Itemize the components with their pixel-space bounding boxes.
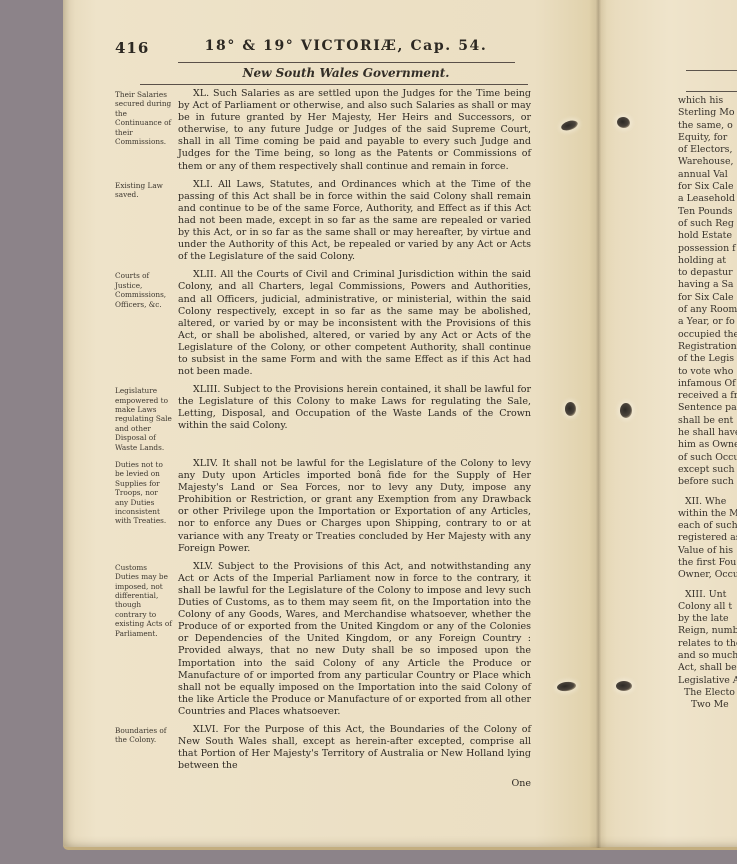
sidenote: Existing Law saved. [115, 179, 173, 264]
facing-text-line: occupied the [678, 329, 737, 341]
facing-line-gap [678, 489, 737, 496]
section-text: XL. Such Salaries as are settled upon th… [178, 88, 531, 173]
facing-text-line: of such Occu [678, 452, 737, 464]
facing-text-line: Ten Pounds [678, 206, 737, 218]
sidenote: Their Salaries secured during the Contin… [115, 88, 173, 173]
facing-text-line: registered as [678, 532, 737, 544]
act-section: Their Salaries secured during the Contin… [115, 88, 531, 173]
facing-text-line: Owner, Occu [678, 569, 737, 581]
facing-text-line: which his [678, 95, 737, 107]
sidenote: Legislature empowered to make Laws regul… [115, 384, 173, 452]
facing-text-line: infamous Of [678, 378, 737, 390]
section-text: XLI. All Laws, Statutes, and Ordinances … [178, 179, 531, 264]
running-head: New South Wales Government. [168, 66, 524, 80]
facing-text-line: a Leasehold [678, 193, 737, 205]
facing-text-line: Equity, for [678, 132, 737, 144]
facing-page-rule-bottom [686, 91, 737, 92]
act-section: Legislature empowered to make Laws regul… [115, 384, 531, 452]
facing-text-line: shall be ent [678, 415, 737, 427]
facing-text-line: hold Estate [678, 230, 737, 242]
stitch-hole [620, 403, 632, 418]
catchword: One [178, 778, 531, 790]
facing-text-line: of such Reg [678, 218, 737, 230]
section-text: XLV. Subject to the Provisions of this A… [178, 561, 531, 718]
facing-text-line: The Electo [678, 687, 737, 699]
facing-text-line: received a fr [678, 390, 737, 402]
stitch-hole [565, 402, 576, 416]
sidenote-spacer [115, 778, 173, 790]
facing-text-line: having a Sa [678, 279, 737, 291]
facing-text-line: Registration [678, 341, 737, 353]
catchword-row: One [115, 778, 531, 790]
header-rule-top [178, 62, 515, 63]
facing-text-line: for Six Cale [678, 292, 737, 304]
facing-page-text-sliver: which hisSterling Mothe same, oEquity, f… [678, 95, 737, 712]
facing-text-line: Act, shall be [678, 662, 737, 674]
header-rule-bottom [140, 84, 528, 85]
facing-text-line: of Electors, [678, 144, 737, 156]
sidenote: Courts of Justice, Commissions, Officers… [115, 269, 173, 378]
facing-text-line: Legislative A [678, 675, 737, 687]
facing-text-line: Reign, numb [678, 625, 737, 637]
sidenote: Duties not to be levied on Supplies for … [115, 458, 173, 555]
page-number: 416 [115, 39, 149, 57]
facing-text-line: Value of his [678, 545, 737, 557]
binding-gutter-crease [589, 0, 607, 848]
act-section: Customs Duties may be imposed, not diffe… [115, 561, 531, 718]
facing-text-line: Sentence pas [678, 402, 737, 414]
page-title: 18° & 19° VICTORIÆ, Cap. 54. [168, 38, 524, 54]
act-section: Duties not to be levied on Supplies for … [115, 458, 531, 555]
facing-text-line: relates to the [678, 638, 737, 650]
facing-text-line: except such [678, 464, 737, 476]
facing-text-line: within the M [678, 508, 737, 520]
act-section: Boundaries of the Colony.XLVI. For the P… [115, 724, 531, 772]
facing-text-line: to vote who [678, 366, 737, 378]
facing-text-line: him as Owne [678, 439, 737, 451]
facing-text-line: annual Val [678, 169, 737, 181]
sidenote: Boundaries of the Colony. [115, 724, 173, 772]
section-text: XLII. All the Courts of Civil and Crimin… [178, 269, 531, 378]
facing-text-line: of any Room [678, 304, 737, 316]
facing-text-line: a Year, or fo [678, 316, 737, 328]
facing-text-line: Warehouse, [678, 156, 737, 168]
act-section: Existing Law saved.XLI. All Laws, Statut… [115, 179, 531, 264]
facing-text-line: possession f [678, 243, 737, 255]
facing-text-line: and so much [678, 650, 737, 662]
act-section: Courts of Justice, Commissions, Officers… [115, 269, 531, 378]
facing-text-line: the same, o [678, 120, 737, 132]
facing-text-line: to depastur [678, 267, 737, 279]
facing-text-line: XIII. Unt [678, 589, 737, 601]
facing-text-line: he shall have [678, 427, 737, 439]
facing-text-line: before such I [678, 476, 737, 488]
section-text: XLIV. It shall not be lawful for the Leg… [178, 458, 531, 555]
facing-text-line: holding at [678, 255, 737, 267]
facing-text-line: Colony all t [678, 601, 737, 613]
facing-text-line: the first Fou [678, 557, 737, 569]
facing-page-rule-top [686, 70, 737, 71]
sidenote: Customs Duties may be imposed, not diffe… [115, 561, 173, 718]
section-text: XLVI. For the Purpose of this Act, the B… [178, 724, 531, 772]
facing-text-line: by the late [678, 613, 737, 625]
facing-text-line: each of such [678, 520, 737, 532]
stitch-hole [616, 681, 632, 691]
act-sections: Their Salaries secured during the Contin… [115, 88, 531, 772]
facing-text-line: XII. Whe [678, 496, 737, 508]
scanned-book-spread: 416 18° & 19° VICTORIÆ, Cap. 54. New Sou… [0, 0, 737, 864]
facing-line-gap [678, 582, 737, 589]
facing-text-line: Sterling Mo [678, 107, 737, 119]
section-text: XLIII. Subject to the Provisions herein … [178, 384, 531, 452]
act-text-column: Their Salaries secured during the Contin… [115, 88, 531, 796]
facing-text-line: Two Me [678, 699, 737, 711]
facing-text-line: for Six Cale [678, 181, 737, 193]
facing-text-line: of the Legis [678, 353, 737, 365]
